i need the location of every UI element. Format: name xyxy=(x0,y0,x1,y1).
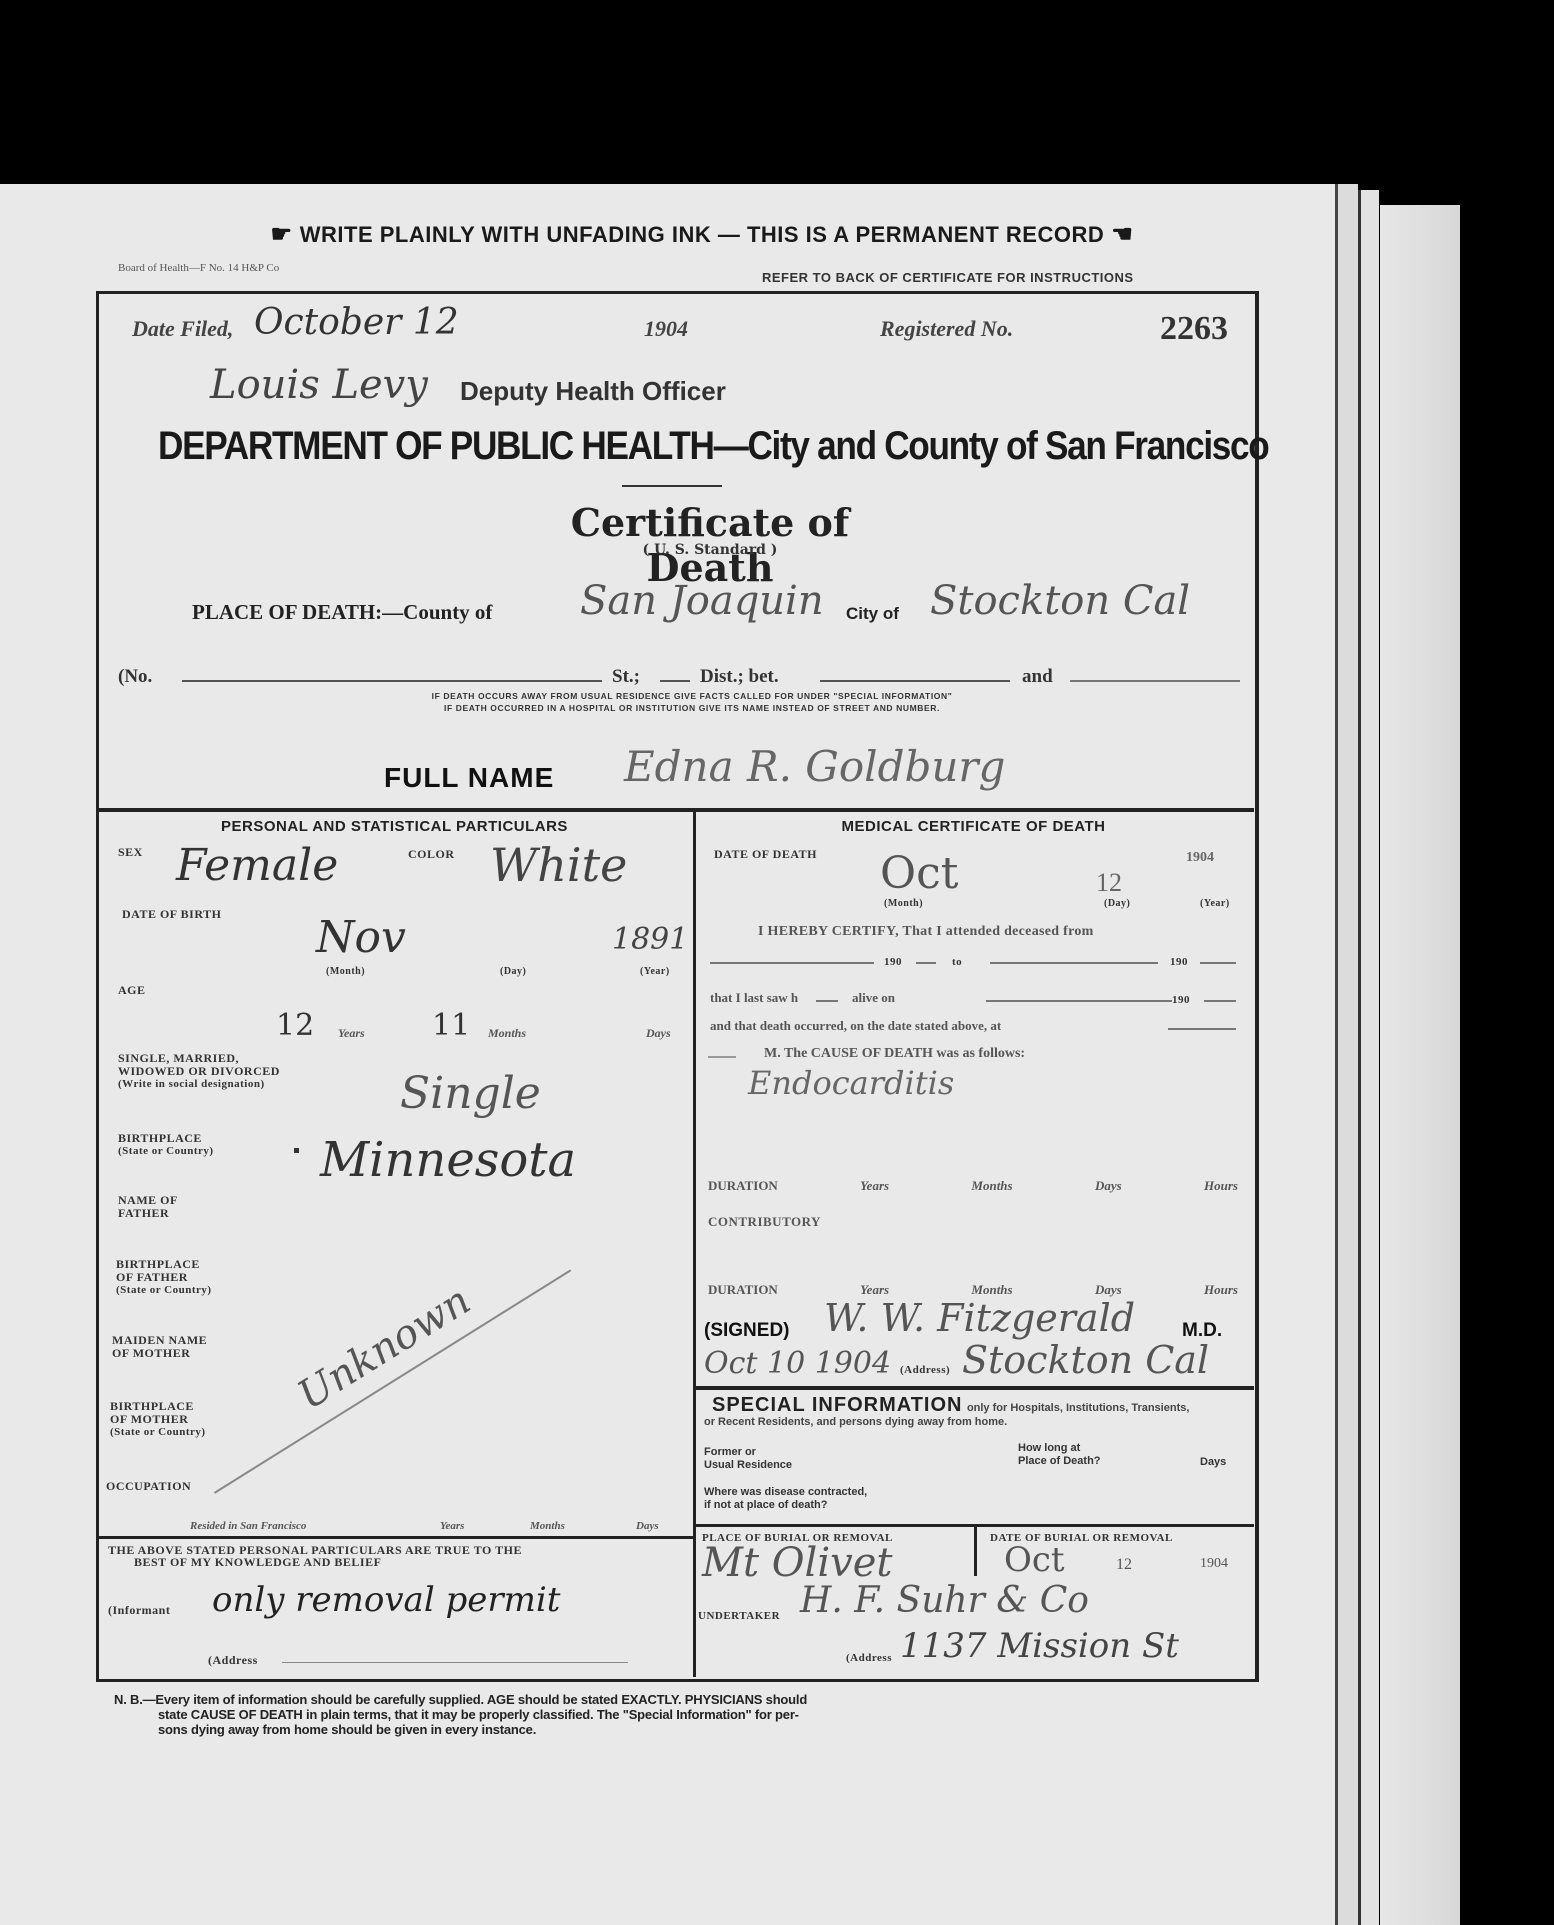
officer-title: Deputy Health Officer xyxy=(460,376,726,407)
to-year: 190 xyxy=(1170,956,1188,968)
page-stack-edge xyxy=(1335,184,1358,1925)
department-title: DEPARTMENT OF PUBLIC HEALTH—City and Cou… xyxy=(158,424,1268,469)
marital-label-line: (Write in social designation) xyxy=(118,1078,280,1091)
undertaker-value: H. F. Suhr & Co xyxy=(800,1580,1089,1621)
father-name-label: NAME OF FATHER xyxy=(118,1194,178,1220)
death-year-caption: (Year) xyxy=(1200,898,1230,910)
standard-note: ( U. S. Standard ) xyxy=(560,542,860,558)
death-day: 12 xyxy=(1096,868,1122,898)
city-value: Stockton Cal xyxy=(930,578,1190,624)
duration-years: Years xyxy=(860,1178,889,1194)
street-line xyxy=(660,680,690,682)
warning-banner: ☛ WRITE PLAINLY WITH UNFADING INK — THIS… xyxy=(172,220,1232,249)
resided-years: Years xyxy=(440,1520,464,1532)
death-month: Oct xyxy=(880,848,958,899)
meridiem-line xyxy=(708,1056,736,1058)
how-long-label-line: How long at xyxy=(1018,1442,1101,1455)
from-year-line xyxy=(916,962,936,964)
day-caption: (Day) xyxy=(500,966,526,978)
signed-label: (SIGNED) xyxy=(704,1320,790,1342)
jurisdiction: —City and County of San Francisco xyxy=(714,424,1269,468)
birthplace-value: Minnesota xyxy=(320,1132,576,1188)
mother-birthplace-label: BIRTHPLACE OF MOTHER (State or Country) xyxy=(110,1400,206,1439)
medical-heading: MEDICAL CERTIFICATE OF DEATH xyxy=(693,818,1254,835)
color-label: COLOR xyxy=(408,848,455,860)
how-long-label: How long at Place of Death? xyxy=(1018,1442,1101,1468)
mother-maiden-label-line: OF MOTHER xyxy=(112,1347,207,1360)
certify-text: I HEREBY CERTIFY, That I attended deceas… xyxy=(758,924,1094,940)
undertaker-address: 1137 Mission St xyxy=(900,1626,1179,1666)
residence-note: IF DEATH OCCURS AWAY FROM USUAL RESIDENC… xyxy=(262,690,1122,714)
officer-signature: Louis Levy xyxy=(210,362,428,408)
residence-note-line: IF DEATH OCCURRED IN A HOSPITAL OR INSTI… xyxy=(262,702,1122,714)
birthplace-label: BIRTHPLACE (State or Country) xyxy=(118,1132,214,1158)
warning-text: WRITE PLAINLY WITH UNFADING INK — THIS I… xyxy=(300,222,1105,247)
informant-label: (Informant xyxy=(108,1604,170,1616)
city-label: City of xyxy=(846,604,899,624)
death-date-label: DATE OF DEATH xyxy=(714,848,817,860)
dob-month: Nov xyxy=(316,912,406,963)
attended-from-line xyxy=(710,962,874,964)
death-month-caption: (Month) xyxy=(884,898,923,910)
birthplace-label-line: (State or Country) xyxy=(118,1145,214,1158)
occupation-label: OCCUPATION xyxy=(106,1480,191,1492)
full-name-label: FULL NAME xyxy=(384,762,554,794)
informant-address-line xyxy=(282,1662,628,1663)
days-caption: Days xyxy=(646,1026,671,1041)
and-line xyxy=(1070,680,1240,682)
duration-label: DURATION xyxy=(708,1178,778,1194)
alive-year: 190 xyxy=(1172,994,1190,1006)
street-no-label: (No. xyxy=(118,666,152,688)
resided-days: Days xyxy=(636,1520,659,1532)
footnote-line: N. B.—Every item of information should b… xyxy=(114,1692,1164,1707)
bullet-mark xyxy=(294,1148,299,1153)
date-filed-value: October 12 xyxy=(254,302,459,343)
age-years: 12 xyxy=(276,1008,314,1043)
special-heading-text: SPECIAL INFORMATION xyxy=(712,1394,962,1416)
special-divider xyxy=(693,1386,1254,1390)
and-label: and xyxy=(1022,666,1053,688)
signed-date: Oct 10 1904 xyxy=(704,1346,891,1381)
resided-label: Resided in San Francisco xyxy=(190,1520,306,1532)
marital-label-line: WIDOWED OR DIVORCED xyxy=(118,1065,280,1078)
title-divider xyxy=(622,485,722,487)
district-line xyxy=(820,680,1010,682)
months-caption: Months xyxy=(488,1026,526,1041)
alive-on-label: alive on xyxy=(852,990,895,1006)
last-saw-line xyxy=(816,1000,838,1002)
footnote: N. B.—Every item of information should b… xyxy=(114,1692,1164,1737)
duration-row: DURATION Years Months Days Hours xyxy=(708,1178,1238,1194)
duration-hours: Hours xyxy=(1204,1282,1238,1298)
residence-note-line: IF DEATH OCCURS AWAY FROM USUAL RESIDENC… xyxy=(262,690,1122,702)
registered-no-value: 2263 xyxy=(1160,310,1228,348)
contributory-label: CONTRIBUTORY xyxy=(708,1214,821,1230)
pointing-hand-icon: ☚ xyxy=(1104,221,1133,248)
resided-months: Months xyxy=(530,1520,565,1532)
how-long-label-line: Place of Death? xyxy=(1018,1455,1101,1468)
registered-no-label: Registered No. xyxy=(880,316,1013,342)
cause-value: Endocarditis xyxy=(748,1064,954,1102)
duration-label: DURATION xyxy=(708,1282,778,1298)
year-caption: (Year) xyxy=(640,966,670,978)
father-name-label-line: FATHER xyxy=(118,1207,178,1220)
to-year-line xyxy=(1200,962,1236,964)
contracted-label: Where was disease contracted, if not at … xyxy=(704,1486,867,1512)
department-name: DEPARTMENT OF PUBLIC HEALTH xyxy=(158,424,714,468)
burial-year: 1904 xyxy=(1200,1556,1228,1572)
district-label: Dist.; bet. xyxy=(700,666,779,688)
place-of-death-label: PLACE OF DEATH:—County of xyxy=(192,600,492,625)
sex-label: SEX xyxy=(118,846,143,858)
physician-address-label: (Address) xyxy=(900,1364,950,1376)
special-heading: SPECIAL INFORMATION only for Hospitals, … xyxy=(712,1394,1189,1417)
burial-column-divider xyxy=(974,1524,977,1576)
contracted-label-line: Where was disease contracted, xyxy=(704,1486,867,1499)
age-label: AGE xyxy=(118,984,146,996)
mother-maiden-label: MAIDEN NAME OF MOTHER xyxy=(112,1334,207,1360)
filed-year: 1904 xyxy=(644,316,688,342)
to-label: to xyxy=(952,956,962,968)
attest-divider xyxy=(96,1536,693,1539)
duration-months: Months xyxy=(971,1178,1012,1194)
former-residence-label: Former or Usual Residence xyxy=(704,1446,792,1472)
days-label: Days xyxy=(1200,1456,1226,1468)
informant-value: only removal permit xyxy=(212,1580,560,1620)
last-saw-text: that I last saw h xyxy=(710,990,798,1006)
personal-heading: PERSONAL AND STATISTICAL PARTICULARS xyxy=(96,818,693,835)
dob-year: 1891 xyxy=(612,922,688,957)
duration-hours: Hours xyxy=(1204,1178,1238,1194)
month-caption: (Month) xyxy=(326,966,365,978)
full-name-value: Edna R. Goldburg xyxy=(624,742,1005,791)
undertaker-label: UNDERTAKER xyxy=(698,1610,780,1622)
marital-value: Single xyxy=(400,1068,541,1119)
dob-label: DATE OF BIRTH xyxy=(122,908,221,920)
section-divider xyxy=(96,808,1254,812)
alive-on-line xyxy=(986,1000,1172,1002)
special-heading-note-2: or Recent Residents, and persons dying a… xyxy=(704,1416,1007,1428)
duration-days: Days xyxy=(1095,1178,1122,1194)
father-birthplace-label-line: OF FATHER xyxy=(116,1271,212,1284)
page-stack-edge xyxy=(1358,190,1379,1925)
contracted-label-line: if not at place of death? xyxy=(704,1499,867,1512)
physician-signature: W. W. Fitzgerald xyxy=(824,1296,1135,1340)
from-year: 190 xyxy=(884,956,902,968)
death-occurred-text: and that death occurred, on the date sta… xyxy=(710,1018,1001,1034)
attestation-line: BEST OF MY KNOWLEDGE AND BELIEF xyxy=(108,1556,522,1568)
sex-value: Female xyxy=(176,840,338,891)
column-divider xyxy=(693,808,696,1677)
color-value: White xyxy=(490,838,627,892)
page-stack-edge xyxy=(1380,205,1460,1925)
former-residence-label-line: Usual Residence xyxy=(704,1459,792,1472)
years-caption: Years xyxy=(338,1026,365,1041)
marital-label: SINGLE, MARRIED, WIDOWED OR DIVORCED (Wr… xyxy=(118,1052,280,1091)
informant-address-label: (Address xyxy=(208,1654,258,1666)
death-day-caption: (Day) xyxy=(1104,898,1130,910)
physician-address: Stockton Cal xyxy=(962,1338,1209,1382)
father-birthplace-label: BIRTHPLACE OF FATHER (State or Country) xyxy=(116,1258,212,1297)
form-code: Board of Health—F No. 14 H&P Co xyxy=(118,262,279,274)
mother-birthplace-label-line: (State or Country) xyxy=(110,1426,206,1439)
death-time-line xyxy=(1168,1028,1236,1030)
street-no-line xyxy=(182,680,602,682)
age-months: 11 xyxy=(432,1008,470,1043)
burial-day: 12 xyxy=(1116,1556,1132,1574)
attended-to-line xyxy=(990,962,1158,964)
special-heading-note: only for Hospitals, Institutions, Transi… xyxy=(967,1402,1189,1414)
footnote-line: sons dying away from home should be give… xyxy=(114,1722,1164,1737)
burial-month: Oct xyxy=(1004,1540,1065,1580)
former-residence-label-line: Former or xyxy=(704,1446,792,1459)
death-year: 1904 xyxy=(1186,850,1214,866)
county-value: San Joaquin xyxy=(580,578,824,624)
instructions-ref: REFER TO BACK OF CERTIFICATE FOR INSTRUC… xyxy=(762,270,1134,285)
street-label: St.; xyxy=(612,666,640,688)
father-birthplace-label-line: (State or Country) xyxy=(116,1284,212,1297)
birthplace-label-line: BIRTHPLACE xyxy=(118,1132,214,1145)
mother-birthplace-label-line: OF MOTHER xyxy=(110,1413,206,1426)
alive-year-line xyxy=(1204,1000,1236,1002)
footnote-line: state CAUSE OF DEATH in plain terms, tha… xyxy=(114,1707,1164,1722)
undertaker-address-label: (Address xyxy=(846,1652,892,1664)
attestation: THE ABOVE STATED PERSONAL PARTICULARS AR… xyxy=(108,1544,522,1568)
date-filed-label: Date Filed, xyxy=(132,316,233,342)
pointing-hand-icon: ☛ xyxy=(271,221,300,248)
cause-text: M. The CAUSE OF DEATH was as follows: xyxy=(764,1046,1025,1062)
